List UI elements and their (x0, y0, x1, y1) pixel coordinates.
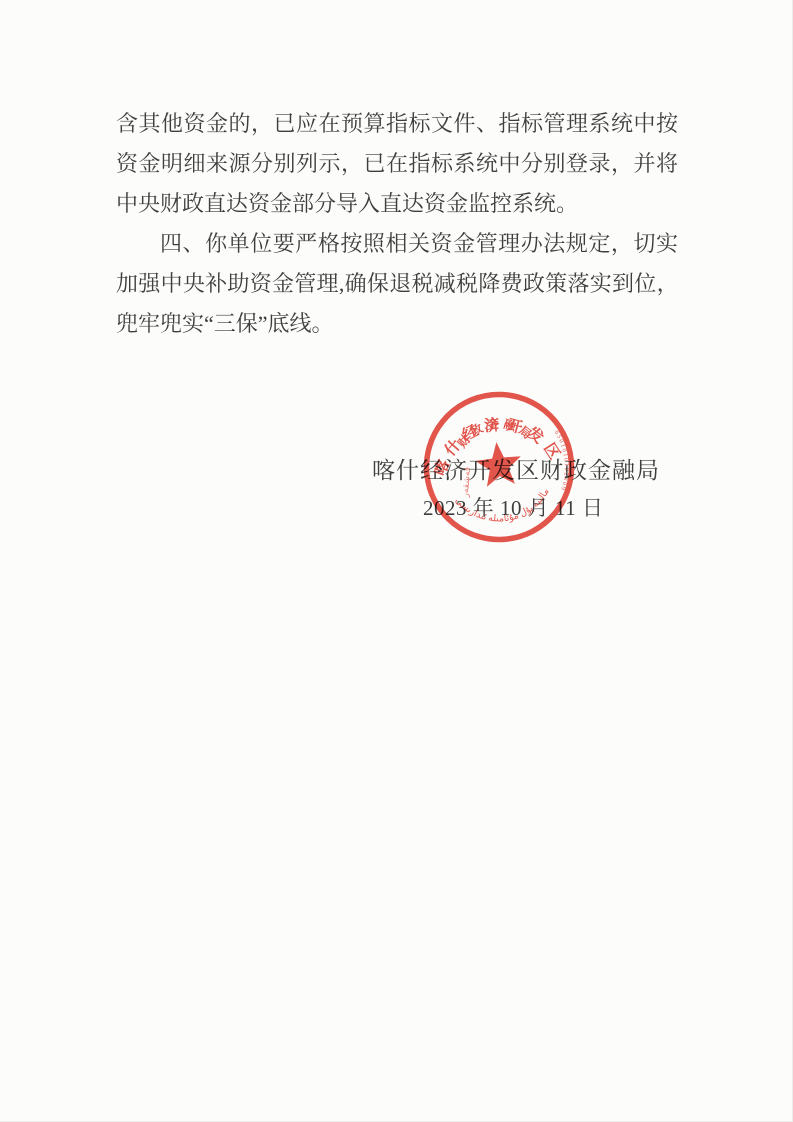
seal-star-icon (474, 440, 524, 488)
document-page: 含其他资金的，已应在预算指标文件、指标管理系统中按 资金明细来源分别列示，已在指… (0, 0, 793, 1122)
seal-side-uyghur-text: قەشقەر (460, 467, 473, 499)
body-line-4: 四、你单位要严格按照相关资金管理办法规定，切实 (116, 224, 678, 264)
body-text: 含其他资金的，已应在预算指标文件、指标管理系统中按 资金明细来源分别列示，已在指… (116, 104, 678, 344)
body-line-6: 兜牢兜实“三保”底线。 (116, 304, 678, 344)
body-line-5: 加强中央补助资金管理,确保退税减税降费政策落实到位， (116, 264, 678, 304)
body-line-1: 含其他资金的，已应在预算指标文件、指标管理系统中按 (116, 104, 678, 144)
body-line-2: 资金明细来源分别列示，已在指标系统中分别登录，并将 (116, 144, 678, 184)
body-line-3: 中央财政直达资金部分导入直达资金监控系统。 (116, 184, 678, 224)
official-seal-stamp: 喀什经济开发区 财政金融局 مالىيە پۇل مۇئامىلە ئىدارى… (410, 378, 588, 556)
